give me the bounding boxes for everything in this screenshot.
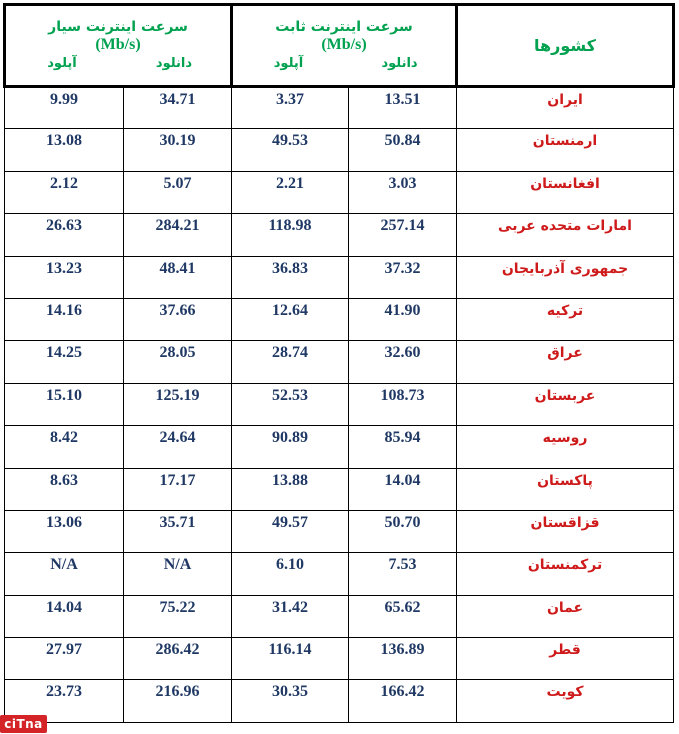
internet-speed-table: سرعت اینترنت سیار (Mb/s) آپلود دانلود سر…	[3, 3, 675, 723]
cell-mobile-download: 216.96	[124, 680, 232, 722]
cell-mobile-download: 24.64	[124, 426, 232, 468]
cell-mobile-upload: 14.25	[5, 341, 124, 383]
cell-mobile-download: 75.22	[124, 595, 232, 637]
cell-country: افغانستان	[457, 171, 674, 213]
mobile-speed-title: سرعت اینترنت سیار	[6, 19, 230, 36]
cell-fixed-download: 85.94	[349, 426, 457, 468]
cell-country: عمان	[457, 595, 674, 637]
cell-fixed-download: 108.73	[349, 383, 457, 425]
mobile-speed-header: سرعت اینترنت سیار (Mb/s) آپلود دانلود	[5, 5, 232, 87]
cell-fixed-upload: 12.64	[232, 298, 349, 340]
countries-header-label: کشورها	[458, 36, 672, 55]
citna-logo: ciTna	[0, 715, 47, 733]
cell-mobile-download: 286.42	[124, 638, 232, 680]
cell-country: ترکمنستان	[457, 553, 674, 595]
cell-fixed-upload: 49.57	[232, 510, 349, 552]
cell-mobile-download: 35.71	[124, 510, 232, 552]
page: { "colors": { "header_green": "#00A14F",…	[0, 0, 679, 734]
cell-fixed-download: 65.62	[349, 595, 457, 637]
fixed-download-label: دانلود	[344, 56, 455, 72]
table-row: 8.6317.1713.8814.04پاکستان	[5, 468, 674, 510]
cell-country: قطر	[457, 638, 674, 680]
cell-fixed-upload: 31.42	[232, 595, 349, 637]
table-row: 9.9934.713.3713.51ایران	[5, 87, 674, 129]
table-row: 13.2348.4136.8337.32جمهوری آذربایجان	[5, 256, 674, 298]
cell-fixed-download: 41.90	[349, 298, 457, 340]
cell-fixed-download: 32.60	[349, 341, 457, 383]
cell-fixed-download: 7.53	[349, 553, 457, 595]
table-row: 14.0475.2231.4265.62عمان	[5, 595, 674, 637]
cell-mobile-download: 284.21	[124, 214, 232, 256]
cell-country: جمهوری آذربایجان	[457, 256, 674, 298]
cell-fixed-download: 14.04	[349, 468, 457, 510]
cell-mobile-download: 30.19	[124, 129, 232, 171]
cell-fixed-upload: 118.98	[232, 214, 349, 256]
cell-mobile-upload: 26.63	[5, 214, 124, 256]
table-row: 8.4224.6490.8985.94روسیه	[5, 426, 674, 468]
cell-country: عراق	[457, 341, 674, 383]
cell-fixed-upload: 49.53	[232, 129, 349, 171]
table-row: 15.10125.1952.53108.73عربستان	[5, 383, 674, 425]
table-row: 2.125.072.213.03افغانستان	[5, 171, 674, 213]
table-row: 26.63284.21118.98257.14امارات متحده عربی	[5, 214, 674, 256]
cell-fixed-upload: 36.83	[232, 256, 349, 298]
fixed-speed-unit: (Mb/s)	[233, 36, 455, 54]
cell-fixed-download: 37.32	[349, 256, 457, 298]
cell-fixed-download: 257.14	[349, 214, 457, 256]
cell-country: ترکیه	[457, 298, 674, 340]
cell-mobile-upload: 13.06	[5, 510, 124, 552]
header-row: سرعت اینترنت سیار (Mb/s) آپلود دانلود سر…	[5, 5, 674, 87]
cell-fixed-upload: 3.37	[232, 87, 349, 129]
cell-mobile-download: 125.19	[124, 383, 232, 425]
cell-fixed-upload: 52.53	[232, 383, 349, 425]
cell-mobile-upload: 14.16	[5, 298, 124, 340]
fixed-upload-label: آپلود	[233, 56, 344, 72]
cell-mobile-upload: 2.12	[5, 171, 124, 213]
table-row: N/AN/A6.107.53ترکمنستان	[5, 553, 674, 595]
cell-country: پاکستان	[457, 468, 674, 510]
mobile-download-label: دانلود	[118, 56, 230, 72]
cell-fixed-download: 50.84	[349, 129, 457, 171]
cell-fixed-download: 136.89	[349, 638, 457, 680]
cell-country: ارمنستان	[457, 129, 674, 171]
cell-mobile-upload: 14.04	[5, 595, 124, 637]
table-row: 13.0830.1949.5350.84ارمنستان	[5, 129, 674, 171]
cell-mobile-upload: 8.63	[5, 468, 124, 510]
table-row: 13.0635.7149.5750.70قزاقستان	[5, 510, 674, 552]
cell-mobile-download: 37.66	[124, 298, 232, 340]
cell-country: امارات متحده عربی	[457, 214, 674, 256]
countries-header: کشورها	[457, 5, 674, 87]
cell-country: کویت	[457, 680, 674, 722]
fixed-speed-title: سرعت اینترنت ثابت	[233, 19, 455, 36]
fixed-speed-header: سرعت اینترنت ثابت (Mb/s) آپلود دانلود	[232, 5, 457, 87]
cell-mobile-download: 17.17	[124, 468, 232, 510]
cell-mobile-upload: 15.10	[5, 383, 124, 425]
cell-mobile-download: 34.71	[124, 87, 232, 129]
cell-fixed-upload: 6.10	[232, 553, 349, 595]
cell-fixed-upload: 30.35	[232, 680, 349, 722]
table-row: 14.1637.6612.6441.90ترکیه	[5, 298, 674, 340]
cell-fixed-upload: 28.74	[232, 341, 349, 383]
cell-mobile-download: 28.05	[124, 341, 232, 383]
table-body: 9.9934.713.3713.51ایران13.0830.1949.5350…	[5, 87, 674, 723]
cell-fixed-download: 13.51	[349, 87, 457, 129]
cell-country: قزاقستان	[457, 510, 674, 552]
cell-mobile-download: 5.07	[124, 171, 232, 213]
table-row: 23.73216.9630.35166.42کویت	[5, 680, 674, 722]
mobile-upload-label: آپلود	[6, 56, 118, 72]
cell-fixed-download: 50.70	[349, 510, 457, 552]
cell-fixed-upload: 13.88	[232, 468, 349, 510]
cell-fixed-upload: 90.89	[232, 426, 349, 468]
table-row: 14.2528.0528.7432.60عراق	[5, 341, 674, 383]
mobile-speed-unit: (Mb/s)	[6, 36, 230, 54]
cell-country: عربستان	[457, 383, 674, 425]
cell-fixed-upload: 116.14	[232, 638, 349, 680]
cell-fixed-upload: 2.21	[232, 171, 349, 213]
cell-mobile-download: 48.41	[124, 256, 232, 298]
cell-mobile-upload: N/A	[5, 553, 124, 595]
cell-fixed-download: 3.03	[349, 171, 457, 213]
cell-mobile-upload: 27.97	[5, 638, 124, 680]
cell-mobile-upload: 9.99	[5, 87, 124, 129]
cell-mobile-upload: 13.23	[5, 256, 124, 298]
cell-country: روسیه	[457, 426, 674, 468]
cell-mobile-download: N/A	[124, 553, 232, 595]
cell-country: ایران	[457, 87, 674, 129]
cell-mobile-upload: 8.42	[5, 426, 124, 468]
cell-mobile-upload: 13.08	[5, 129, 124, 171]
cell-fixed-download: 166.42	[349, 680, 457, 722]
table-row: 27.97286.42116.14136.89قطر	[5, 638, 674, 680]
